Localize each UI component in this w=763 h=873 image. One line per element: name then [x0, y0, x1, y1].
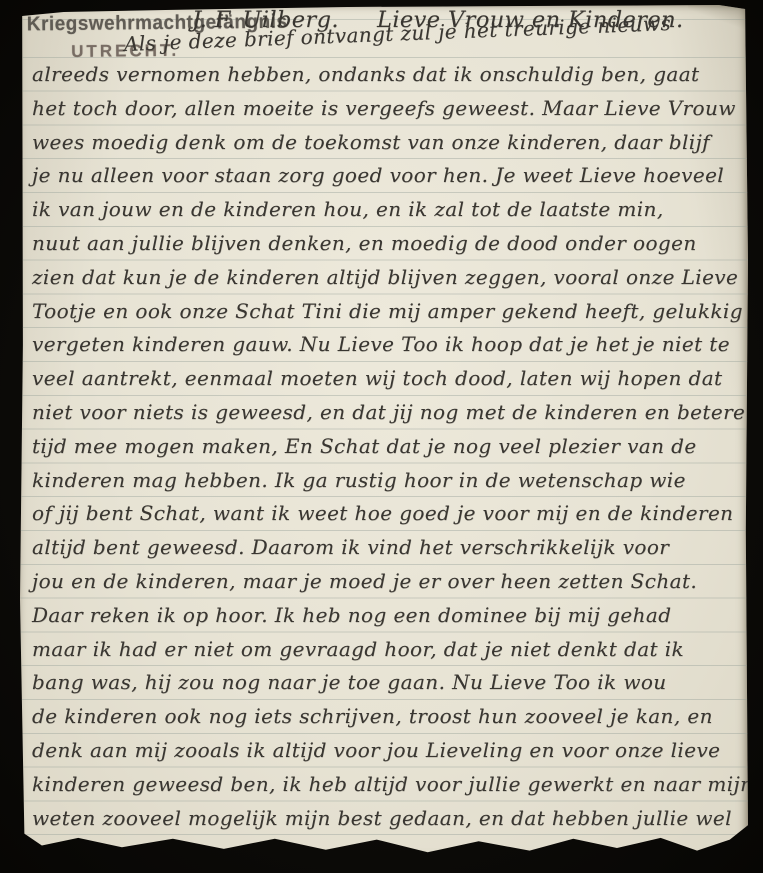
letter-line: tijd mee mogen maken, En Schat dat je no…	[32, 430, 742, 464]
letter-paper: Kriegswehrmachtgefängnis UTRECHT. J. F. …	[20, 5, 748, 854]
letter-line: Daar reken ik op hoor. Ik heb nog een do…	[32, 599, 742, 633]
letter-line: altijd bent geweesd. Daarom ik vind het …	[32, 531, 742, 565]
letter-line: ik van jouw en de kinderen hou, en ik za…	[32, 193, 742, 227]
letter-line: Tootje en ook onze Schat Tini die mij am…	[32, 295, 742, 329]
letter-line: maar ik had er niet om gevraagd hoor, da…	[32, 633, 742, 667]
letter-line: alreeds vernomen hebben, ondanks dat ik …	[32, 58, 742, 92]
letter-line: zien dat kun je de kinderen altijd blijv…	[32, 261, 742, 295]
letter-line: de kinderen ook nog iets schrijven, troo…	[32, 700, 742, 734]
letter-line: weten zooveel mogelijk mijn best gedaan,…	[32, 802, 742, 836]
letter-line: je nu alleen voor staan zorg goed voor h…	[32, 159, 742, 193]
letter-line: vergeten kinderen gauw. Nu Lieve Too ik …	[32, 328, 742, 362]
letter-line: niet voor niets is geweesd, en dat jij n…	[32, 396, 742, 430]
letter-line: jou en de kinderen, maar je moed je er o…	[32, 565, 742, 599]
letter-line: denk aan mij zooals ik altijd voor jou L…	[32, 734, 742, 768]
letter-line: veel aantrekt, eenmaal moeten wij toch d…	[32, 362, 742, 396]
letter-line: bang was, hij zou nog naar je toe gaan. …	[32, 666, 742, 700]
letter-line: wees moedig denk om de toekomst van onze…	[32, 126, 742, 160]
letter-line: nuut aan jullie blijven denken, en moedi…	[32, 227, 742, 261]
letter-body: alreeds vernomen hebben, ondanks dat ik …	[32, 58, 742, 835]
letter-line: het toch door, allen moeite is vergeefs …	[32, 92, 742, 126]
scan-background: Kriegswehrmachtgefängnis UTRECHT. J. F. …	[0, 0, 763, 873]
letter-line: of jij bent Schat, want ik weet hoe goed…	[32, 497, 742, 531]
letter-line: kinderen geweesd ben, ik heb altijd voor…	[32, 768, 742, 802]
corner-fold-shadow	[688, 5, 748, 31]
letter-line: kinderen mag hebben. Ik ga rustig hoor i…	[32, 464, 742, 498]
